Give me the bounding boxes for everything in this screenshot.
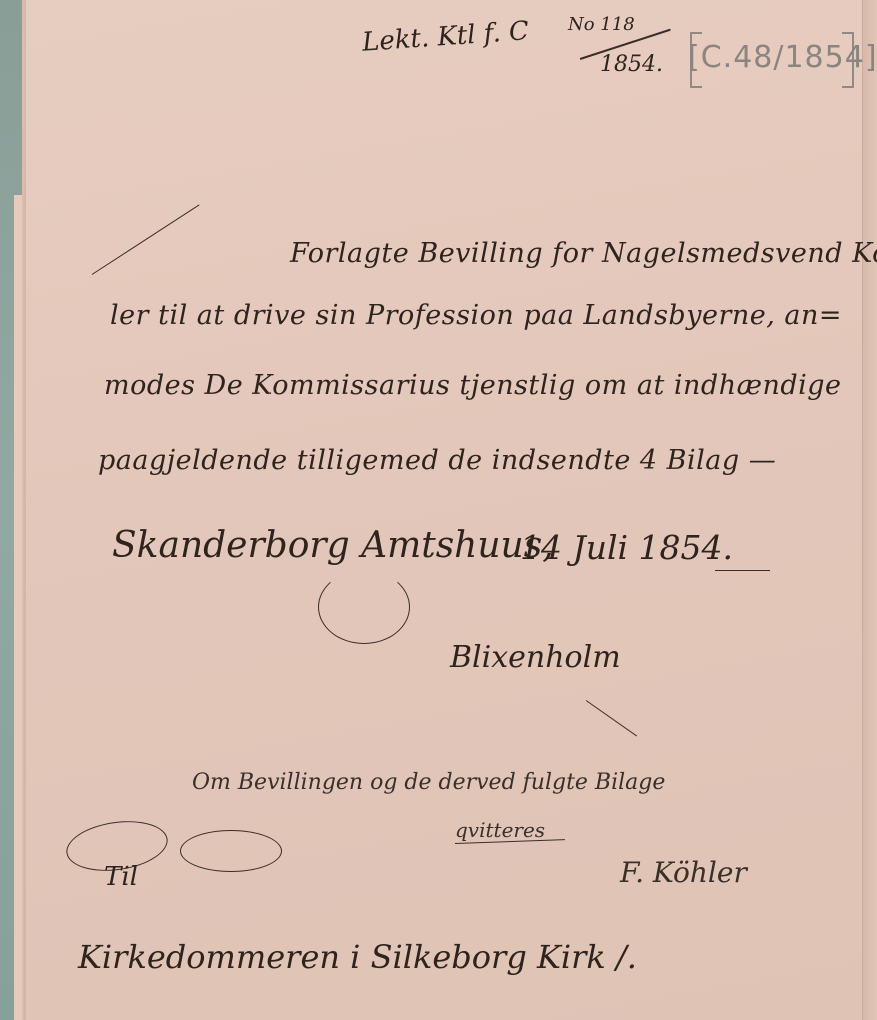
address-prefix: Til	[104, 862, 138, 892]
journal-number: No 118	[568, 14, 635, 35]
body-line-2: ler til at drive sin Profession paa Land…	[110, 300, 842, 331]
address-flourish-right	[180, 830, 282, 872]
dateline-date: 14 Juli 1854.	[520, 528, 733, 567]
dateline-flourish	[318, 570, 410, 644]
adjacent-page-edge	[862, 0, 877, 1020]
archive-reference: [C.48/1854]	[688, 40, 877, 75]
body-line-1: Forlagte Bevilling for Nagelsmedsvend Kö…	[290, 238, 877, 269]
page-fold-line	[24, 0, 26, 1020]
signature-1: Blixenholm	[450, 640, 621, 675]
receipt-line-1: Om Bevillingen og de derved fulgte Bilag…	[192, 770, 665, 795]
address-recipient: Kirkedommeren i Silkeborg Kirk /.	[78, 938, 637, 976]
body-line-4: paagjeldende tilligemed de indsendte 4 B…	[98, 445, 776, 476]
journal-year: 1854.	[600, 52, 663, 77]
dateline-place: Skanderborg Amtshuus,	[112, 525, 554, 566]
receipt-signature: F. Köhler	[620, 856, 747, 889]
body-line-3: modes De Kommissarius tjenstlig om at in…	[104, 370, 842, 401]
dateline-dash	[715, 570, 770, 571]
receipt-line-2: qvitteres	[455, 818, 545, 842]
